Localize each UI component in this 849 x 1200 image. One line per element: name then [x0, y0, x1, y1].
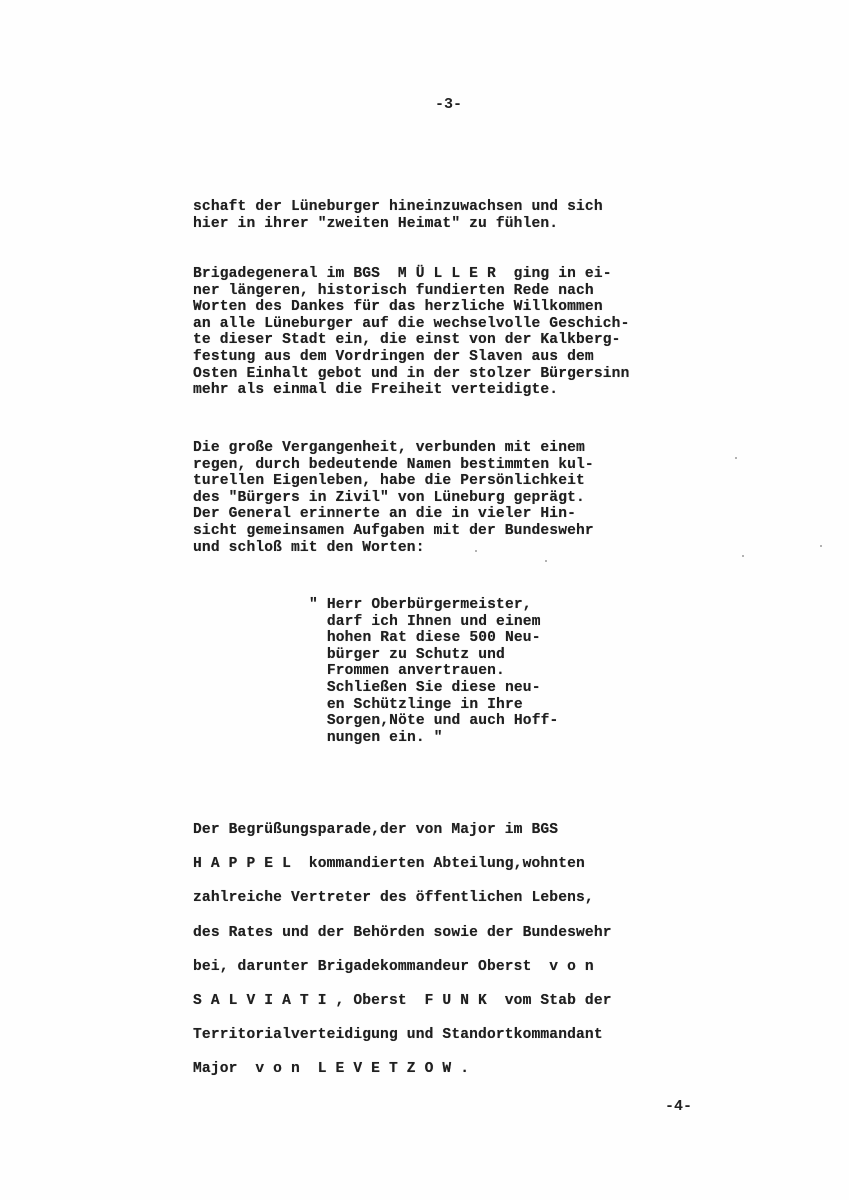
text-line: Major v o n L E V E T Z O W . — [193, 1052, 612, 1086]
quote-line: bürger zu Schutz und — [309, 647, 558, 664]
text-line: turellen Eigenleben, habe die Persönlich… — [193, 473, 594, 490]
paragraph-history: Die große Vergangenheit, verbunden mit e… — [193, 440, 594, 556]
text-line: Brigadegeneral im BGS M Ü L L E R ging i… — [193, 266, 629, 283]
page-number-bottom: -4- — [665, 1098, 692, 1115]
text-line: bei, darunter Brigadekommandeur Oberst v… — [193, 950, 612, 984]
text-line: sicht gemeinsamen Aufgaben mit der Bunde… — [193, 523, 594, 540]
quote-line: darf ich Ihnen und einem — [309, 614, 558, 631]
text-line: festung aus dem Vordringen der Slaven au… — [193, 349, 629, 366]
typewritten-page: -3- schaft der Lüneburger hineinzuwachse… — [0, 0, 849, 1200]
paragraph-mueller-speech: Brigadegeneral im BGS M Ü L L E R ging i… — [193, 266, 629, 399]
block-quote: " Herr Oberbürgermeister, darf ich Ihnen… — [309, 597, 558, 746]
text-line: des Rates und der Behörden sowie der Bun… — [193, 916, 612, 950]
text-line: hier in ihrer "zweiten Heimat" zu fühlen… — [193, 216, 603, 233]
text-line: mehr als einmal die Freiheit verteidigte… — [193, 382, 629, 399]
text-line: an alle Lüneburger auf die wechselvolle … — [193, 316, 629, 333]
quote-line: en Schützlinge in Ihre — [309, 697, 558, 714]
quote-line: hohen Rat diese 500 Neu- — [309, 630, 558, 647]
quote-line: " Herr Oberbürgermeister, — [309, 597, 558, 614]
paper-speck — [475, 550, 477, 552]
quote-line: nungen ein. " — [309, 730, 558, 747]
paper-speck — [545, 560, 547, 562]
text-line: schaft der Lüneburger hineinzuwachsen un… — [193, 199, 603, 216]
paper-speck — [820, 545, 822, 547]
text-line: und schloß mit den Worten: — [193, 540, 594, 557]
text-line: ner längeren, historisch fundierten Rede… — [193, 283, 629, 300]
text-line: zahlreiche Vertreter des öffentlichen Le… — [193, 881, 612, 915]
text-line: Der Begrüßungsparade,der von Major im BG… — [193, 813, 612, 847]
text-line: des "Bürgers in Zivil" von Lüneburg gepr… — [193, 490, 594, 507]
quote-line: Frommen anvertrauen. — [309, 663, 558, 680]
quote-line: Schließen Sie diese neu- — [309, 680, 558, 697]
text-line: Die große Vergangenheit, verbunden mit e… — [193, 440, 594, 457]
paragraph-parade: Der Begrüßungsparade,der von Major im BG… — [193, 813, 612, 1087]
text-line: Der General erinnerte an die in vieler H… — [193, 506, 594, 523]
text-line: Osten Einhalt gebot und in der stolzer B… — [193, 366, 629, 383]
paper-speck — [742, 555, 744, 557]
text-line: Territorialverteidigung und Standortkomm… — [193, 1018, 612, 1052]
text-line: te dieser Stadt ein, die einst von der K… — [193, 332, 629, 349]
text-line: S A L V I A T I , Oberst F U N K vom Sta… — [193, 984, 612, 1018]
quote-line: Sorgen,Nöte und auch Hoff- — [309, 713, 558, 730]
page-number-top: -3- — [435, 96, 462, 113]
text-line: regen, durch bedeutende Namen bestimmten… — [193, 457, 594, 474]
paper-speck — [735, 457, 737, 459]
text-line: H A P P E L kommandierten Abteilung,wohn… — [193, 847, 612, 881]
paragraph-continuation: schaft der Lüneburger hineinzuwachsen un… — [193, 199, 603, 232]
text-line: Worten des Dankes für das herzliche Will… — [193, 299, 629, 316]
